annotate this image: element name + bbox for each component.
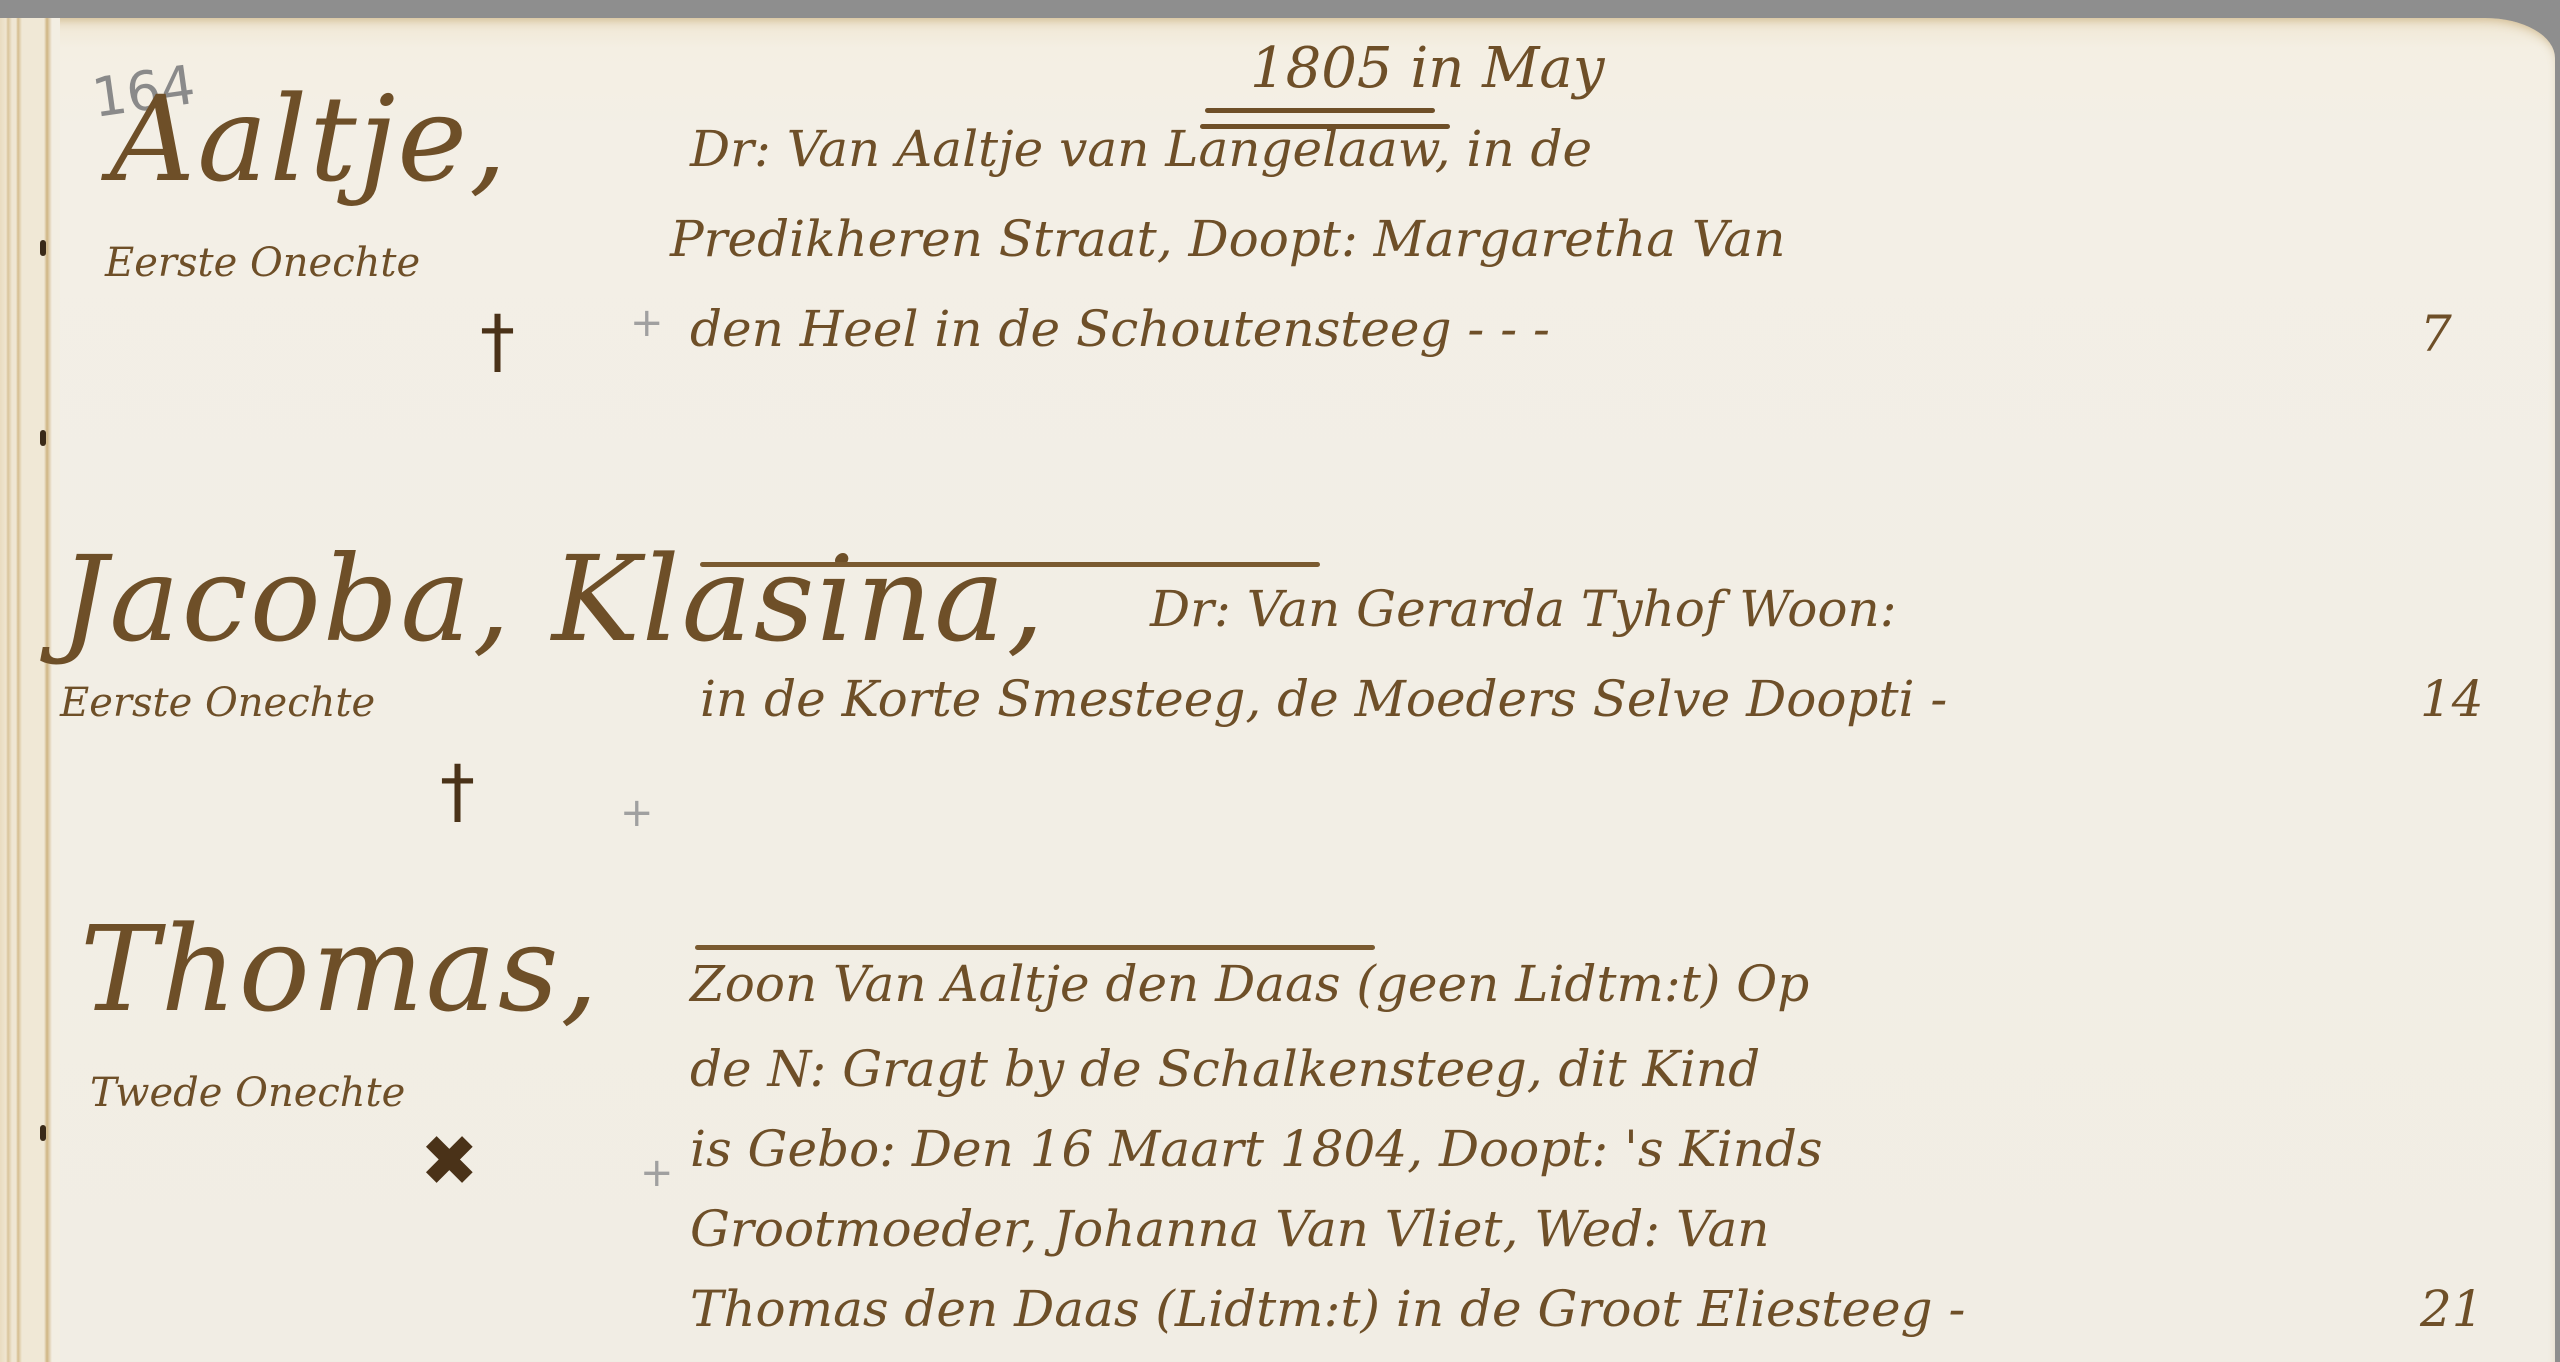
entry-amount: 21 (2420, 1280, 2484, 1338)
register-header-date: 1805 in May (1250, 36, 1604, 101)
birth-status: Eerste Onechte (105, 240, 420, 286)
child-name: Aaltje, (110, 70, 509, 208)
name-underline (695, 945, 1375, 950)
birth-status: Eerste Onechte (60, 680, 375, 726)
name-underline (700, 562, 1320, 567)
child-name: Thomas, (80, 900, 600, 1038)
entry-line: in de Korte Smesteeg, de Moeders Selve D… (700, 670, 1947, 728)
entry-line: Dr: Van Gerarda Tyhof Woon: (1150, 580, 1897, 638)
entry-amount: 7 (2420, 305, 2452, 363)
cross-mark-icon: † (480, 300, 515, 382)
entry-line: Zoon Van Aaltje den Daas (geen Lidtm:t) … (690, 955, 1809, 1013)
entry-line: den Heel in de Schoutensteeg - - - (690, 300, 1550, 358)
cross-mark-icon: ✖ (420, 1120, 479, 1202)
entry-line: de N: Gragt by de Schalkensteeg, dit Kin… (690, 1040, 1760, 1098)
margin-ink-mark (40, 240, 46, 256)
entry-line: Thomas den Daas (Lidtm:t) in de Groot El… (690, 1280, 1965, 1338)
entry-amount: 14 (2420, 670, 2484, 728)
margin-ink-mark (40, 1125, 46, 1141)
header-underline (1205, 108, 1435, 113)
entry-line: Grootmoeder, Johanna Van Vliet, Wed: Van (690, 1200, 1769, 1258)
child-name: Jacoba, Klasina, (60, 530, 1046, 668)
entry-line: Dr: Van Aaltje van Langelaaw, in de (690, 120, 1592, 178)
cross-mark-icon: † (440, 750, 475, 832)
margin-ink-mark (40, 430, 46, 446)
entry-line: Predikheren Straat, Doopt: Margaretha Va… (670, 210, 1785, 268)
entry-line: is Gebo: Den 16 Maart 1804, Doopt: 's Ki… (690, 1120, 1823, 1178)
birth-status: Twede Onechte (90, 1070, 405, 1116)
stacked-page-edges (0, 18, 60, 1362)
pencil-cross-icon: + (630, 300, 664, 346)
pencil-cross-icon: + (640, 1150, 674, 1196)
pencil-cross-icon: + (620, 790, 654, 836)
